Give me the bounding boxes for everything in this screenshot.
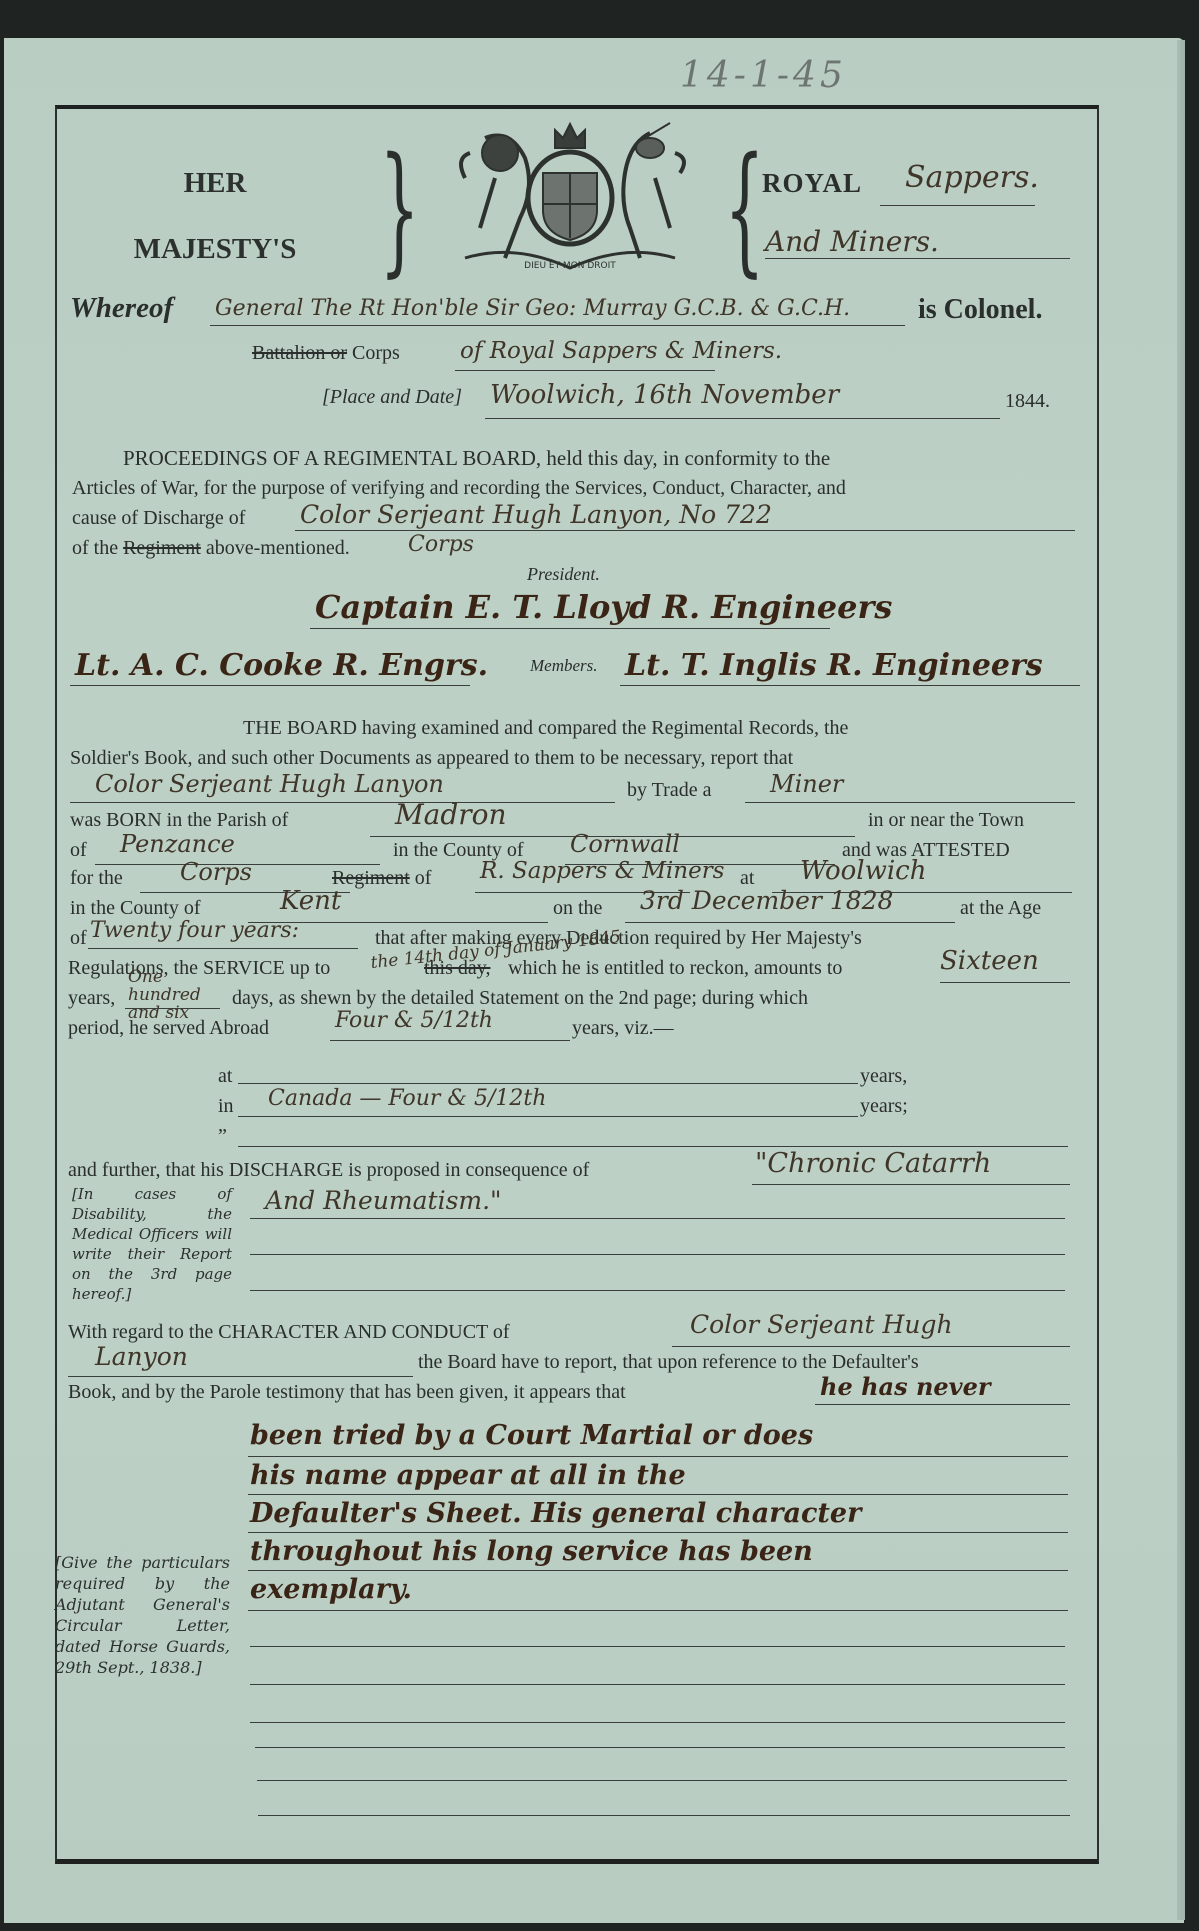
regiment-struck: Regiment: [123, 537, 201, 559]
colonel-rule: [210, 325, 905, 326]
corps-handwritten: Corps: [408, 532, 474, 557]
character-name-line-2: Lanyon: [95, 1342, 188, 1371]
blank-rule-6: [258, 1815, 1070, 1816]
for-the-label: for the: [70, 864, 123, 892]
statement-line-6: exemplary.: [250, 1574, 412, 1605]
discharge-subject-value: Color Serjeant Hugh Lanyon, No 722: [300, 500, 772, 529]
statement-rule-3: [248, 1494, 1068, 1495]
right-brace-left: }: [379, 140, 419, 280]
corps-value: of Royal Sappers & Miners.: [460, 338, 782, 364]
abroad-row-3-rule: [238, 1146, 1068, 1147]
discharge-rule-3: [250, 1254, 1065, 1255]
abroad-row-1-prefix: at: [218, 1062, 232, 1090]
colonel-value: General The Rt Hon'ble Sir Geo: Murray G…: [215, 296, 850, 321]
header-sappers: Sappers.: [905, 160, 1039, 195]
character-name-line-1: Color Serjeant Hugh: [690, 1310, 953, 1339]
character-side-note: [Give the particulars required by the Ad…: [55, 1552, 230, 1678]
age-of-label: of: [70, 924, 87, 952]
discharge-rule-4: [250, 1290, 1065, 1291]
regiment-struck-2: Regiment: [332, 867, 410, 889]
parish-value: Madron: [395, 798, 507, 831]
blank-rule-5: [257, 1780, 1067, 1781]
header-line-her: HER: [90, 150, 340, 216]
corps-rule: [455, 370, 715, 371]
age-label: at the Age: [960, 894, 1041, 922]
abroad-row-1-rule: [238, 1083, 858, 1084]
president-value: Captain E. T. Lloyd R. Engineers: [315, 588, 892, 626]
abroad-rule: [330, 1040, 570, 1041]
for-the-value: Corps: [180, 858, 252, 886]
proceedings-heading: PROCEEDINGS OF A REGIMENTAL BOARD,: [123, 446, 541, 470]
attested-county-value: Kent: [280, 886, 341, 916]
statement-rule-5: [248, 1570, 1068, 1571]
is-colonel-label: is Colonel.: [918, 294, 1042, 326]
soldier-name-value: Color Serjeant Hugh Lanyon: [95, 770, 444, 798]
blank-rule-4: [255, 1747, 1065, 1748]
abroad-row-2-value: Canada — Four & 5/12th: [268, 1086, 546, 1111]
statement-rule-1: [815, 1404, 1070, 1405]
proceedings-line-3-label: cause of Discharge of: [72, 504, 245, 532]
header-royal: ROYAL: [762, 168, 862, 199]
statement-line-1: he has never: [820, 1372, 991, 1401]
discharge-rule-1: [752, 1184, 1070, 1185]
header-line-majestys: MAJESTY'S: [90, 216, 340, 282]
place-date-label: [Place and Date]: [322, 386, 462, 409]
statement-line-5: throughout his long service has been: [250, 1536, 813, 1567]
place-date-rule: [485, 418, 1000, 419]
statement-rule-4: [248, 1532, 1068, 1533]
blank-rule-2: [250, 1684, 1065, 1685]
character-name-rule: [672, 1346, 1070, 1347]
blank-rule-1: [250, 1646, 1065, 1647]
members-label: Members.: [530, 656, 598, 676]
abroad-row-2-suffix: years;: [860, 1092, 908, 1120]
the-board-caps: THE BOARD: [243, 717, 357, 739]
regiment-of-label: Regiment of: [332, 864, 431, 892]
corps-label: Corps: [352, 342, 400, 364]
attested-place-value: Woolwich: [800, 856, 926, 886]
proceedings-line-2: Articles of War, for the purpose of veri…: [72, 474, 846, 502]
abroad-label: period, he served Abroad: [68, 1014, 269, 1042]
royal-coat-of-arms-icon: DIEU ET MON DROIT: [425, 118, 715, 278]
battalion-struck: Battalion or: [252, 342, 347, 364]
disability-side-note: [In cases of Disability, the Medical Off…: [72, 1184, 232, 1304]
statement-line-3: his name appear at all in the: [250, 1460, 686, 1491]
member-1-value: Lt. A. C. Cooke R. Engrs.: [75, 648, 488, 683]
attested-date-rule: [625, 922, 955, 923]
on-the-label: on the: [553, 894, 602, 922]
age-rule: [88, 948, 358, 949]
proceedings-rule: [295, 530, 1075, 531]
service-date-struck: this day,: [424, 954, 490, 982]
attested-date-value: 3rd December 1828: [640, 886, 893, 915]
trade-label: by Trade a: [627, 776, 711, 804]
whereof-label: Whereof: [70, 292, 173, 325]
county-value: Cornwall: [570, 830, 680, 858]
header-rule-2: [765, 258, 1070, 259]
discharge-value-line-1: "Chronic Catarrh: [755, 1148, 991, 1179]
of-the-label: of the: [72, 537, 118, 559]
character-parole-text: Book, and by the Parole testimony that h…: [68, 1378, 626, 1406]
member-1-rule: [70, 685, 470, 686]
discharge-rule-2: [250, 1218, 1065, 1219]
trade-value: Miner: [770, 770, 843, 798]
statement-line-4: Defaulter's Sheet. His general character: [250, 1498, 861, 1529]
years-label: years,: [68, 984, 115, 1012]
of-label-2: of: [415, 867, 432, 889]
president-rule: [310, 628, 830, 629]
days-text: days, as shewn by the detailed Statement…: [232, 984, 808, 1012]
abroad-row-2-rule: [238, 1116, 858, 1117]
member-2-rule: [620, 685, 1080, 686]
town-value: Penzance: [120, 830, 235, 858]
age-value: Twenty four years:: [90, 918, 299, 943]
above-mentioned-label: above-mentioned.: [206, 537, 350, 559]
proceedings-line-4: of the Regiment above-mentioned.: [72, 534, 350, 562]
discharge-value-line-2: And Rheumatism.": [265, 1186, 502, 1215]
abroad-row-3-prefix: ”: [218, 1122, 227, 1150]
of-label: of: [70, 836, 87, 864]
statement-rule-6: [248, 1610, 1068, 1611]
trade-rule: [745, 802, 1075, 803]
report-line-2: Soldier's Book, and such other Documents…: [70, 744, 793, 772]
character-name-rule-2: [68, 1376, 413, 1377]
statement-line-2: been tried by a Court Martial or does: [250, 1420, 813, 1451]
abroad-row-1-suffix: years,: [860, 1062, 907, 1090]
reference-number: 14-1-45: [680, 55, 847, 96]
page-edge: [1177, 40, 1185, 1920]
royal-printed: ROYAL: [762, 168, 862, 198]
discharge-label: and further, that his DISCHARGE is propo…: [68, 1156, 589, 1184]
report-line-1: THE BOARD having examined and compared t…: [243, 714, 848, 742]
president-label: President.: [527, 564, 600, 585]
service-years-value: Sixteen: [940, 946, 1039, 976]
statement-rule-2: [248, 1456, 1068, 1457]
service-days-rule: [125, 1008, 220, 1009]
header-her-majestys: HER MAJESTY'S: [90, 150, 340, 282]
reckon-text: which he is entitled to reckon, amounts …: [508, 954, 842, 982]
year-value: 1844.: [1005, 390, 1050, 413]
abroad-suffix: years, viz.—: [572, 1014, 674, 1042]
regiment-value: R. Sappers & Miners: [480, 858, 725, 884]
header-and-miners: And Miners.: [765, 225, 939, 258]
svg-text:DIEU ET MON DROIT: DIEU ET MON DROIT: [524, 261, 616, 271]
service-years-rule: [940, 982, 1070, 983]
left-brace-right: {: [724, 140, 764, 280]
town-label: in or near the Town: [868, 806, 1024, 834]
member-2-value: Lt. T. Inglis R. Engineers: [625, 648, 1043, 683]
abroad-value: Four & 5/12th: [335, 1008, 493, 1033]
report-line-1-rest: having examined and compared the Regimen…: [362, 717, 849, 739]
header-rule-1: [880, 205, 1035, 206]
soldier-name-rule: [70, 802, 615, 803]
proceedings-line-1-rest: held this day, in conformity to the: [546, 446, 830, 470]
proceedings-line-1: PROCEEDINGS OF A REGIMENTAL BOARD, held …: [123, 444, 1083, 472]
blank-rule-3: [250, 1722, 1065, 1723]
place-date-value: Woolwich, 16th November: [490, 380, 839, 410]
abroad-row-2-prefix: in: [218, 1092, 234, 1120]
